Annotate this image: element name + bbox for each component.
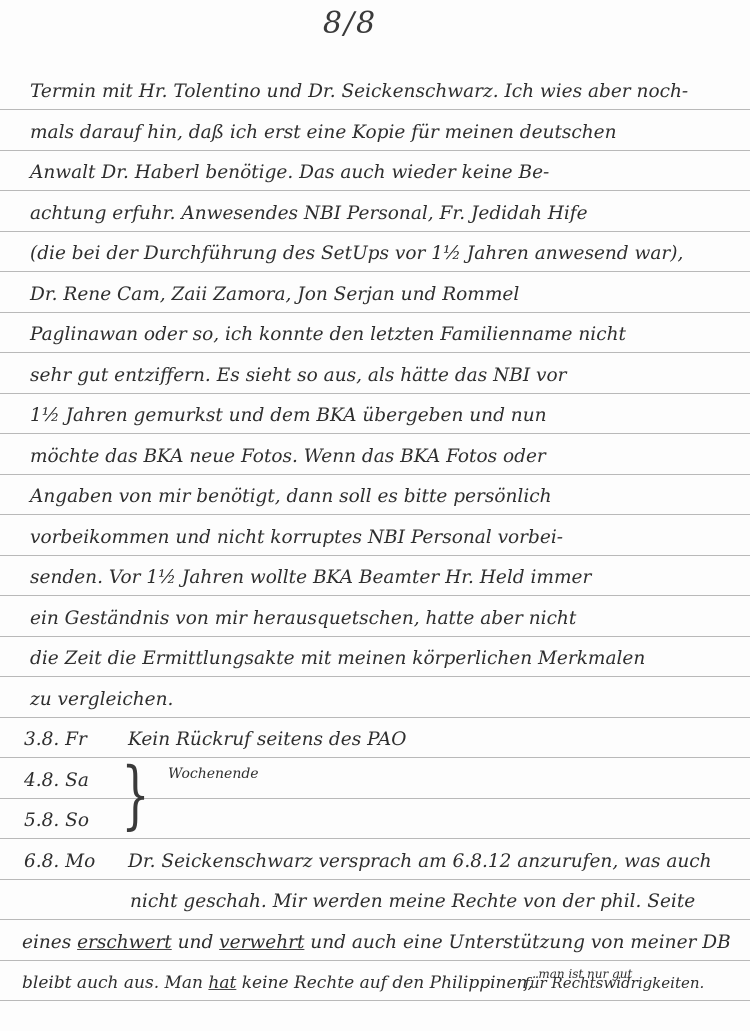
entry-text: Kein Rückruf seitens des PAO xyxy=(128,729,406,750)
diary-entry: 6.8. MoDr. Seickenschwarz versprach am 6… xyxy=(24,845,742,879)
text-line: 1½ Jahren gemurkst und dem BKA übergeben… xyxy=(30,399,742,433)
underlined-word: erschwert xyxy=(77,932,172,953)
entry-date: 6.8. Mo xyxy=(24,845,128,879)
weekend-brace: } xyxy=(121,758,149,832)
text-line: eines erschwert und verwehrt und auch ei… xyxy=(22,926,742,960)
underlined-word: verwehrt xyxy=(219,932,304,953)
inserted-text: man ist nur gut xyxy=(538,967,632,981)
handwritten-text: Termin mit Hr. Tolentino und Dr. Seicken… xyxy=(0,0,750,1031)
text-line: nicht geschah. Mir werden meine Rechte v… xyxy=(130,885,742,919)
handwritten-page: 8/8 Termin mit Hr. Tolentino und Dr. Sei… xyxy=(0,0,750,1031)
text-fragment: keine Rechte auf den Philippinen, xyxy=(236,973,538,993)
underlined-word: hat xyxy=(208,973,236,993)
text-line: sehr gut entziffern. Es sieht so aus, al… xyxy=(30,359,742,393)
entry-text: Wochenende xyxy=(168,766,259,782)
text-fragment: bleibt auch aus. Man xyxy=(22,973,208,993)
text-fragment: und xyxy=(172,932,219,953)
text-line: möchte das BKA neue Fotos. Wenn das BKA … xyxy=(30,440,742,474)
text-line: (die bei der Durchführung des SetUps vor… xyxy=(30,237,742,271)
text-line: mals darauf hin, daß ich erst eine Kopie… xyxy=(30,116,742,150)
text-fragment: eines xyxy=(22,932,77,953)
text-line: bleibt auch aus. Man hat keine Rechte au… xyxy=(22,966,742,1000)
text-line: senden. Vor 1½ Jahren wollte BKA Beamter… xyxy=(30,561,742,595)
text-line: Angaben von mir benötigt, dann soll es b… xyxy=(30,480,742,514)
text-line: die Zeit die Ermittlungsakte mit meinen … xyxy=(30,642,742,676)
text-line: achtung erfuhr. Anwesendes NBI Personal,… xyxy=(30,197,742,231)
text-fragment: und auch eine Unterstützung von meiner D… xyxy=(304,932,730,953)
entry-text: Dr. Seickenschwarz versprach am 6.8.12 a… xyxy=(128,851,712,872)
entry-date: 5.8. So xyxy=(24,804,128,838)
text-line: ein Geständnis von mir herausquetschen, … xyxy=(30,602,742,636)
entry-date: 3.8. Fr xyxy=(24,723,128,757)
text-line: vorbeikommen und nicht korruptes NBI Per… xyxy=(30,521,742,555)
text-line: Dr. Rene Cam, Zaii Zamora, Jon Serjan un… xyxy=(30,278,742,312)
entry-date: 4.8. Sa xyxy=(24,764,128,798)
text-line: Termin mit Hr. Tolentino und Dr. Seicken… xyxy=(30,75,742,109)
text-line: Paglinawan oder so, ich konnte den letzt… xyxy=(30,318,742,352)
text-line: zu vergleichen. xyxy=(30,683,742,717)
text-line: Anwalt Dr. Haberl benötige. Das auch wie… xyxy=(30,156,742,190)
